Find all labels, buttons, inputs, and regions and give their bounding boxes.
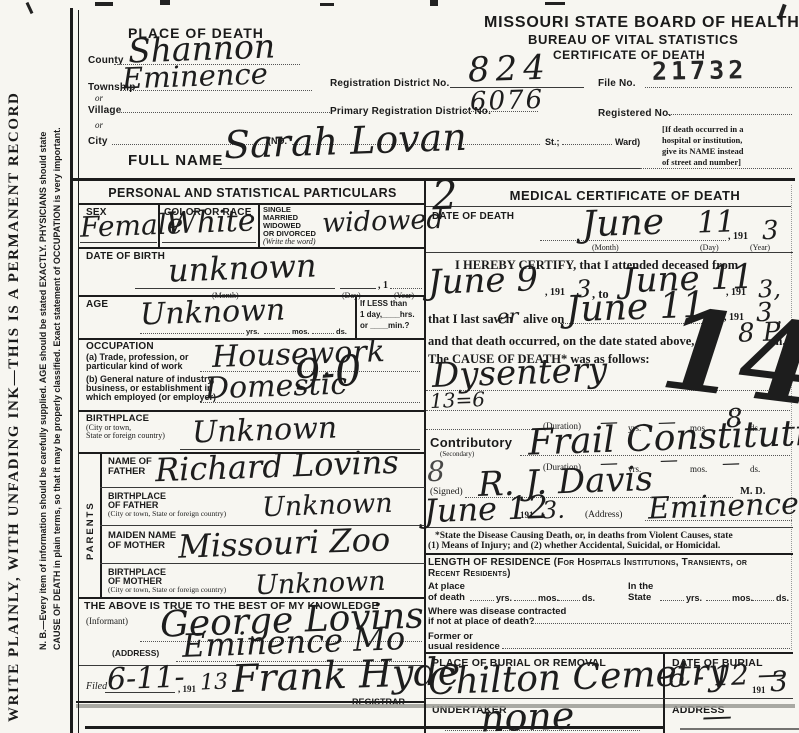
scan-mark	[26, 2, 34, 14]
bottom-border-ext	[680, 728, 799, 730]
contracted-label2: if not at place of death?	[428, 616, 535, 627]
physician-address-label: (Address)	[585, 510, 622, 520]
at-place-label1: At place	[428, 581, 465, 592]
at-place-mos-label: mos.	[538, 593, 559, 603]
filed-year-written: 13	[200, 672, 229, 695]
footnote-line1: *State the Disease Causing Death, or, in…	[435, 531, 733, 541]
dob-day-line	[340, 288, 376, 289]
attended-from-value: June 9	[427, 262, 538, 300]
stray-pen-mark: 8	[427, 458, 446, 487]
informant-label: (Informant)	[86, 616, 128, 626]
mother-name-border	[100, 563, 425, 564]
saw-er-handwritten: er	[497, 306, 519, 327]
scan-mark	[430, 0, 438, 6]
state-yrs-label: yrs.	[686, 593, 702, 603]
hospital-note-line4: of street and number]	[662, 157, 741, 167]
occupation-b-scrawl: 9-0	[292, 349, 363, 397]
hospital-note-line3: give its NAME instead	[662, 146, 743, 156]
birthplace-hint2: State or foreign country)	[86, 431, 165, 440]
death-certificate-scan: { "colors": {"paper": "#f7f6f1", "ink": …	[0, 0, 799, 733]
footnote-line2: (1) Means of Injury; and (2) whether Acc…	[428, 541, 720, 551]
mother-birthplace-hint: (City or town, State or foreign country)	[108, 585, 226, 594]
footnote-bottom-border	[426, 553, 793, 555]
age-yrs-line	[140, 333, 244, 334]
duration2-ds-dash: —	[722, 455, 741, 474]
city-ward-label: Ward)	[615, 137, 640, 147]
residence-title-line2: Recent Residents)	[428, 568, 511, 579]
dob-label: DATE OF BIRTH	[86, 251, 165, 262]
age-mos-line	[264, 333, 290, 334]
age-value: Unknown	[140, 295, 286, 330]
dod-day-value: 11	[696, 207, 735, 238]
file-no-stamp: 21732	[652, 55, 748, 86]
residence-title-line1: LENGTH OF RESIDENCE (For Hospitals Insti…	[428, 557, 747, 568]
age-mos-label: mos.	[292, 327, 310, 336]
undertaker-address-value: —	[701, 701, 732, 732]
scan-mark	[160, 0, 170, 5]
state-yrs-line	[660, 600, 684, 601]
former-line	[502, 648, 790, 649]
parents-vertical-label: PARENTS	[85, 501, 96, 560]
occupation-row-border	[79, 410, 425, 412]
scan-mark	[95, 2, 113, 6]
duration2-mos-label: mos.	[690, 464, 707, 474]
personal-title: PERSONAL AND STATISTICAL PARTICULARS	[80, 186, 425, 200]
scan-mark	[320, 3, 334, 6]
file-no-label: File No.	[598, 78, 636, 89]
full-name-line-ext	[640, 168, 792, 169]
registration-district-value: 824	[467, 51, 551, 88]
occupation-a-line2: particular kind of work	[86, 361, 183, 371]
age-less-line3: or ____min.?	[360, 321, 409, 330]
color-marital-divider	[258, 203, 260, 247]
duration1-lead-line	[426, 429, 540, 430]
city-ward-blank-line	[562, 144, 612, 145]
age-label: AGE	[86, 299, 108, 310]
contributory-label: Contributory	[430, 435, 512, 450]
cause-code-value: 13=6	[430, 389, 486, 411]
state-mos-label: mos.	[732, 593, 753, 603]
duration2-mos-dash: —	[660, 452, 679, 471]
father-birthplace-value: Unknown	[262, 490, 394, 522]
age-less-line1: If LESS than	[360, 299, 407, 308]
dod-day-hint: (Day)	[700, 243, 719, 252]
bureau-title: BUREAU OF VITAL STATISTICS	[528, 32, 738, 47]
full-name-line	[220, 168, 640, 169]
mother-name-value: Missouri Zoo	[178, 523, 391, 562]
state-ds-line	[752, 600, 774, 601]
marital-hint: (Write the word)	[263, 237, 316, 246]
registered-no-line	[668, 114, 792, 115]
dod-row-border	[426, 252, 793, 253]
secondary-label: (Secondary)	[440, 450, 474, 458]
sign-year-written: 3.	[542, 498, 566, 523]
scan-gray-band	[76, 704, 795, 708]
state-mos-line	[706, 600, 730, 601]
occupation-b-line3: which employed (or employer)	[86, 392, 216, 402]
mother-name-label2: OF MOTHER	[108, 540, 165, 551]
dod-year-written: 3	[762, 218, 779, 245]
or-label-2: or	[95, 120, 103, 130]
at-place-label2: of death	[428, 592, 465, 603]
age-less-line2: 1 day,____hrs.	[360, 310, 415, 319]
color-line	[162, 242, 256, 243]
undertaker-value: none	[479, 696, 575, 733]
form-left-border	[70, 8, 73, 733]
scan-mark	[545, 2, 565, 5]
state-ds-label: ds.	[776, 593, 789, 603]
full-name-label: FULL NAME	[128, 152, 223, 169]
in-the-label2: State	[628, 592, 651, 603]
burial-top-border	[426, 652, 793, 654]
age-less-divider	[355, 295, 357, 338]
city-st-label: St.;	[545, 137, 560, 147]
from-year-printed: , 191	[545, 287, 565, 298]
dob-year-line	[390, 288, 422, 289]
filed-date-value: 6-11-	[107, 663, 186, 696]
full-name-value: Sarah Lovan	[223, 118, 467, 164]
dod-month-value: June	[581, 205, 664, 244]
dob-value: unknown	[167, 249, 317, 286]
registration-district-label: Registration District No.	[330, 78, 449, 89]
burial-year-written: 3	[770, 668, 789, 697]
margin-permanent-note: WRITE PLAINLY, WITH UNFADING INK—THIS IS…	[6, 92, 23, 722]
dob-year-one: , 1	[378, 280, 388, 291]
birthplace-value: Unknown	[192, 413, 338, 448]
village-blank-line	[118, 112, 330, 113]
left-bottom-border	[76, 701, 425, 703]
physician-address-value: Eminence Mo	[648, 487, 799, 524]
marital-value: widowed	[322, 206, 445, 237]
occupation-label: OCCUPATION	[86, 341, 154, 352]
form-left-border-inner	[78, 10, 79, 733]
at-place-ds-line	[558, 600, 580, 601]
at-place-yrs-label: yrs.	[496, 593, 512, 603]
contracted-line	[532, 623, 790, 624]
margin-nb-note-line2: CAUSE OF DEATH in plain terms, so that i…	[52, 127, 62, 650]
medical-title: MEDICAL CERTIFICATE OF DEATH	[460, 188, 790, 203]
entry-number-handwritten: 2	[431, 176, 458, 217]
village-label: Village	[88, 105, 121, 116]
at-place-yrs-line	[470, 600, 494, 601]
age-ds-line	[312, 333, 334, 334]
file-no-line	[645, 87, 792, 88]
sign-date-value: June 12	[423, 491, 548, 527]
duration2-ds-label: ds.	[750, 464, 760, 474]
at-place-mos-line	[514, 600, 536, 601]
or-label-1: or	[95, 93, 103, 103]
hospital-note-line2: hospital or institution,	[662, 135, 742, 145]
at-place-ds-label: ds.	[582, 593, 595, 603]
township-value-handwritten: Eminence	[122, 59, 269, 93]
mother-birthplace-value: Unknown	[255, 568, 387, 600]
hospital-note-line1: [If death occurred in a	[662, 124, 744, 134]
registrar-signature: Frank Hyde	[231, 652, 460, 698]
board-title: MISSOURI STATE BOARD OF HEALTH	[484, 14, 799, 32]
margin-nb-note-line1: N. B.—Every item of information should b…	[38, 132, 48, 650]
filed-label: Filed	[86, 681, 107, 692]
father-birthplace-hint: (City or town, State or foreign country)	[108, 509, 226, 518]
burial-date-value: 6 - 12 —	[668, 660, 787, 692]
in-the-label1: In the	[628, 581, 653, 592]
dob-month-line	[135, 288, 335, 289]
primary-district-value: 6076	[470, 87, 545, 116]
big-scrawl-14: 14	[656, 293, 799, 423]
bottom-border	[85, 726, 665, 729]
father-name-label2: FATHER	[108, 466, 145, 477]
city-label: City	[88, 136, 108, 147]
saw-post-text: alive on	[523, 312, 564, 327]
color-race-value: White	[166, 206, 257, 239]
father-name-value: Richard Lovins	[155, 446, 400, 486]
informant-address-label: (ADDRESS)	[112, 648, 159, 658]
registered-no-label: Registered No.	[598, 108, 671, 119]
